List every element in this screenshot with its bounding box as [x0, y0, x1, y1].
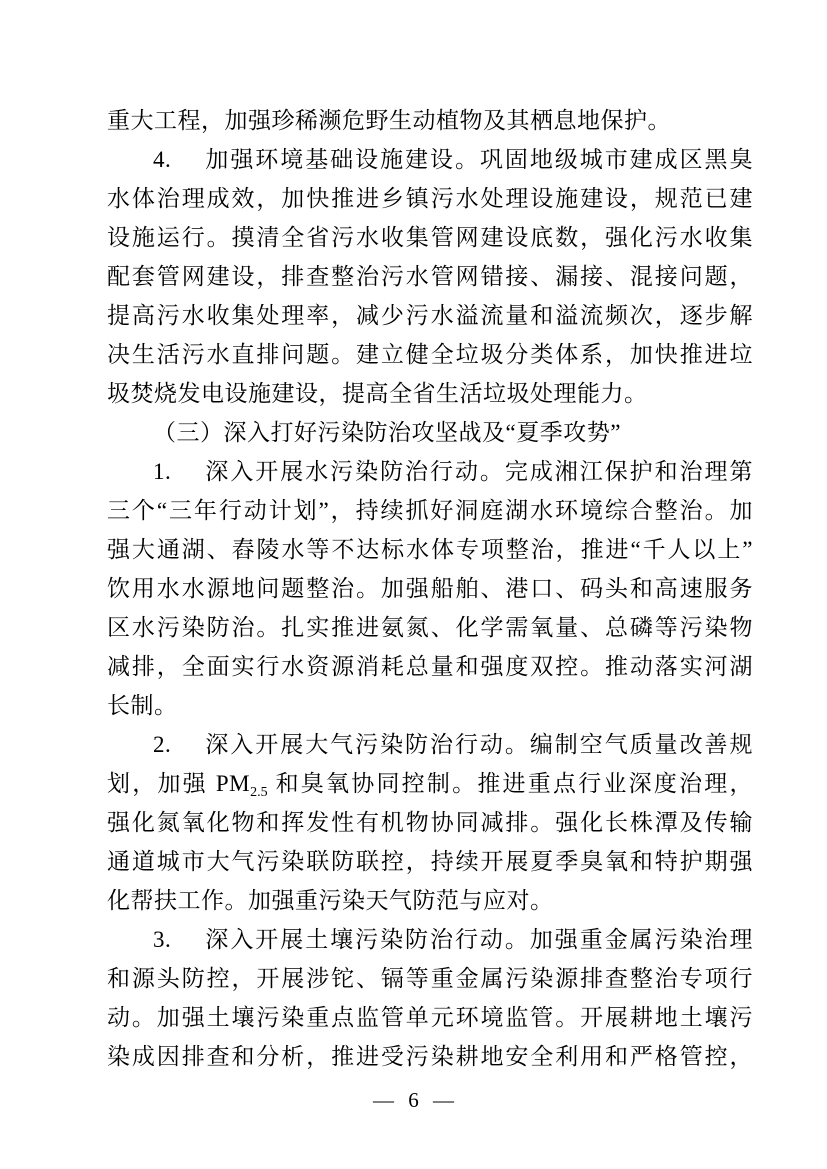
- text-line: 1. 深入开展水污染防治行动。完成湘江保护和治理第: [107, 452, 753, 491]
- text-segment: 设施运行。摸清全省污水收集管网建设底数，强化污水收集: [107, 225, 753, 250]
- text-segment: 4. 加强环境基础设施建设。巩固地级城市建成区黑臭: [153, 147, 753, 172]
- text-segment: 1. 深入开展水污染防治行动。完成湘江保护和治理第: [153, 459, 753, 484]
- text-line: （三）深入打好污染防治攻坚战及“夏季攻势”: [107, 413, 753, 452]
- text-line: 3. 深入开展土壤污染防治行动。加强重金属污染治理: [107, 920, 753, 959]
- text-segment: 动。加强土壤污染重点监管单元环境监管。开展耕地土壤污: [107, 1005, 753, 1030]
- text-line: 区水污染防治。扎实推进氨氮、化学需氧量、总磷等污染物: [107, 608, 753, 647]
- text-segment: 重大工程，加强珍稀濒危野生动植物及其栖息地保护。: [107, 108, 671, 133]
- text-segment: 决生活污水直排问题。建立健全垃圾分类体系，加快推进垃: [107, 342, 753, 367]
- text-line: 化帮扶工作。加强重污染天气防范与应对。: [107, 881, 753, 920]
- text-segment: 长制。: [107, 693, 178, 718]
- text-segment: 染成因排查和分析，推进受污染耕地安全利用和严格管控，: [107, 1044, 753, 1069]
- text-segment: 强化氮氧化物和挥发性有机物协同减排。强化长株潭及传输: [107, 810, 753, 835]
- text-segment: 提高污水收集处理率，减少污水溢流量和溢流频次，逐步解: [107, 303, 753, 328]
- text-line: 强大通湖、舂陵水等不达标水体专项整治，推进“千人以上”: [107, 530, 753, 569]
- text-line: 设施运行。摸清全省污水收集管网建设底数，强化污水收集: [107, 218, 753, 257]
- text-line: 水体治理成效，加快推进乡镇污水处理设施建设，规范已建: [107, 179, 753, 218]
- text-segment: 和源头防控，开展涉铊、镉等重金属污染源排查整治专项行: [107, 966, 753, 991]
- text-line: 2. 深入开展大气污染防治行动。编制空气质量改善规: [107, 725, 753, 764]
- document-body: 重大工程，加强珍稀濒危野生动植物及其栖息地保护。4. 加强环境基础设施建设。巩固…: [107, 101, 753, 1076]
- text-segment: 圾焚烧发电设施建设，提高全省生活垃圾处理能力。: [107, 381, 648, 406]
- text-line: 三个“三年行动计划”，持续抓好洞庭湖水环境综合整治。加: [107, 491, 753, 530]
- text-line: 决生活污水直排问题。建立健全垃圾分类体系，加快推进垃: [107, 335, 753, 374]
- text-line: 长制。: [107, 686, 753, 725]
- text-line: 提高污水收集处理率，减少污水溢流量和溢流频次，逐步解: [107, 296, 753, 335]
- text-segment: （三）深入打好污染防治攻坚战及“夏季攻势”: [153, 420, 621, 445]
- text-segment: 2. 深入开展大气污染防治行动。编制空气质量改善规: [153, 732, 753, 757]
- text-segment: 减排，全面实行水资源消耗总量和强度双控。推动落实河湖: [107, 654, 753, 679]
- text-line: 划，加强 PM2.5 和臭氧协同控制。推进重点行业深度治理，: [107, 764, 753, 803]
- text-line: 通道城市大气污染联防联控，持续开展夏季臭氧和特护期强: [107, 842, 753, 881]
- text-segment: 水体治理成效，加快推进乡镇污水处理设施建设，规范已建: [107, 186, 753, 211]
- subscript-text: 2.5: [250, 785, 268, 800]
- document-page: 重大工程，加强珍稀濒危野生动植物及其栖息地保护。4. 加强环境基础设施建设。巩固…: [0, 0, 827, 1169]
- text-segment: 划，加强 PM: [107, 771, 250, 796]
- text-line: 圾焚烧发电设施建设，提高全省生活垃圾处理能力。: [107, 374, 753, 413]
- text-segment: 3. 深入开展土壤污染防治行动。加强重金属污染治理: [153, 927, 753, 952]
- text-segment: 配套管网建设，排查整治污水管网错接、漏接、混接问题，: [107, 264, 753, 289]
- text-segment: 强大通湖、舂陵水等不达标水体专项整治，推进“千人以上”: [107, 537, 753, 562]
- text-segment: 化帮扶工作。加强重污染天气防范与应对。: [107, 888, 554, 913]
- text-line: 和源头防控，开展涉铊、镉等重金属污染源排查整治专项行: [107, 959, 753, 998]
- text-line: 4. 加强环境基础设施建设。巩固地级城市建成区黑臭: [107, 140, 753, 179]
- text-line: 染成因排查和分析，推进受污染耕地安全利用和严格管控，: [107, 1037, 753, 1076]
- page-number-footer: — 6 —: [0, 1085, 827, 1115]
- text-segment: 三个“三年行动计划”，持续抓好洞庭湖水环境综合整治。加: [107, 498, 753, 523]
- text-line: 饮用水水源地问题整治。加强船舶、港口、码头和高速服务: [107, 569, 753, 608]
- text-line: 配套管网建设，排查整治污水管网错接、漏接、混接问题，: [107, 257, 753, 296]
- text-line: 动。加强土壤污染重点监管单元环境监管。开展耕地土壤污: [107, 998, 753, 1037]
- text-segment: 通道城市大气污染联防联控，持续开展夏季臭氧和特护期强: [107, 849, 753, 874]
- text-line: 强化氮氧化物和挥发性有机物协同减排。强化长株潭及传输: [107, 803, 753, 842]
- text-segment: 区水污染防治。扎实推进氨氮、化学需氧量、总磷等污染物: [107, 615, 753, 640]
- text-line: 重大工程，加强珍稀濒危野生动植物及其栖息地保护。: [107, 101, 753, 140]
- text-segment: 和臭氧协同控制。推进重点行业深度治理，: [268, 771, 753, 796]
- text-segment: 饮用水水源地问题整治。加强船舶、港口、码头和高速服务: [107, 576, 753, 601]
- text-line: 减排，全面实行水资源消耗总量和强度双控。推动落实河湖: [107, 647, 753, 686]
